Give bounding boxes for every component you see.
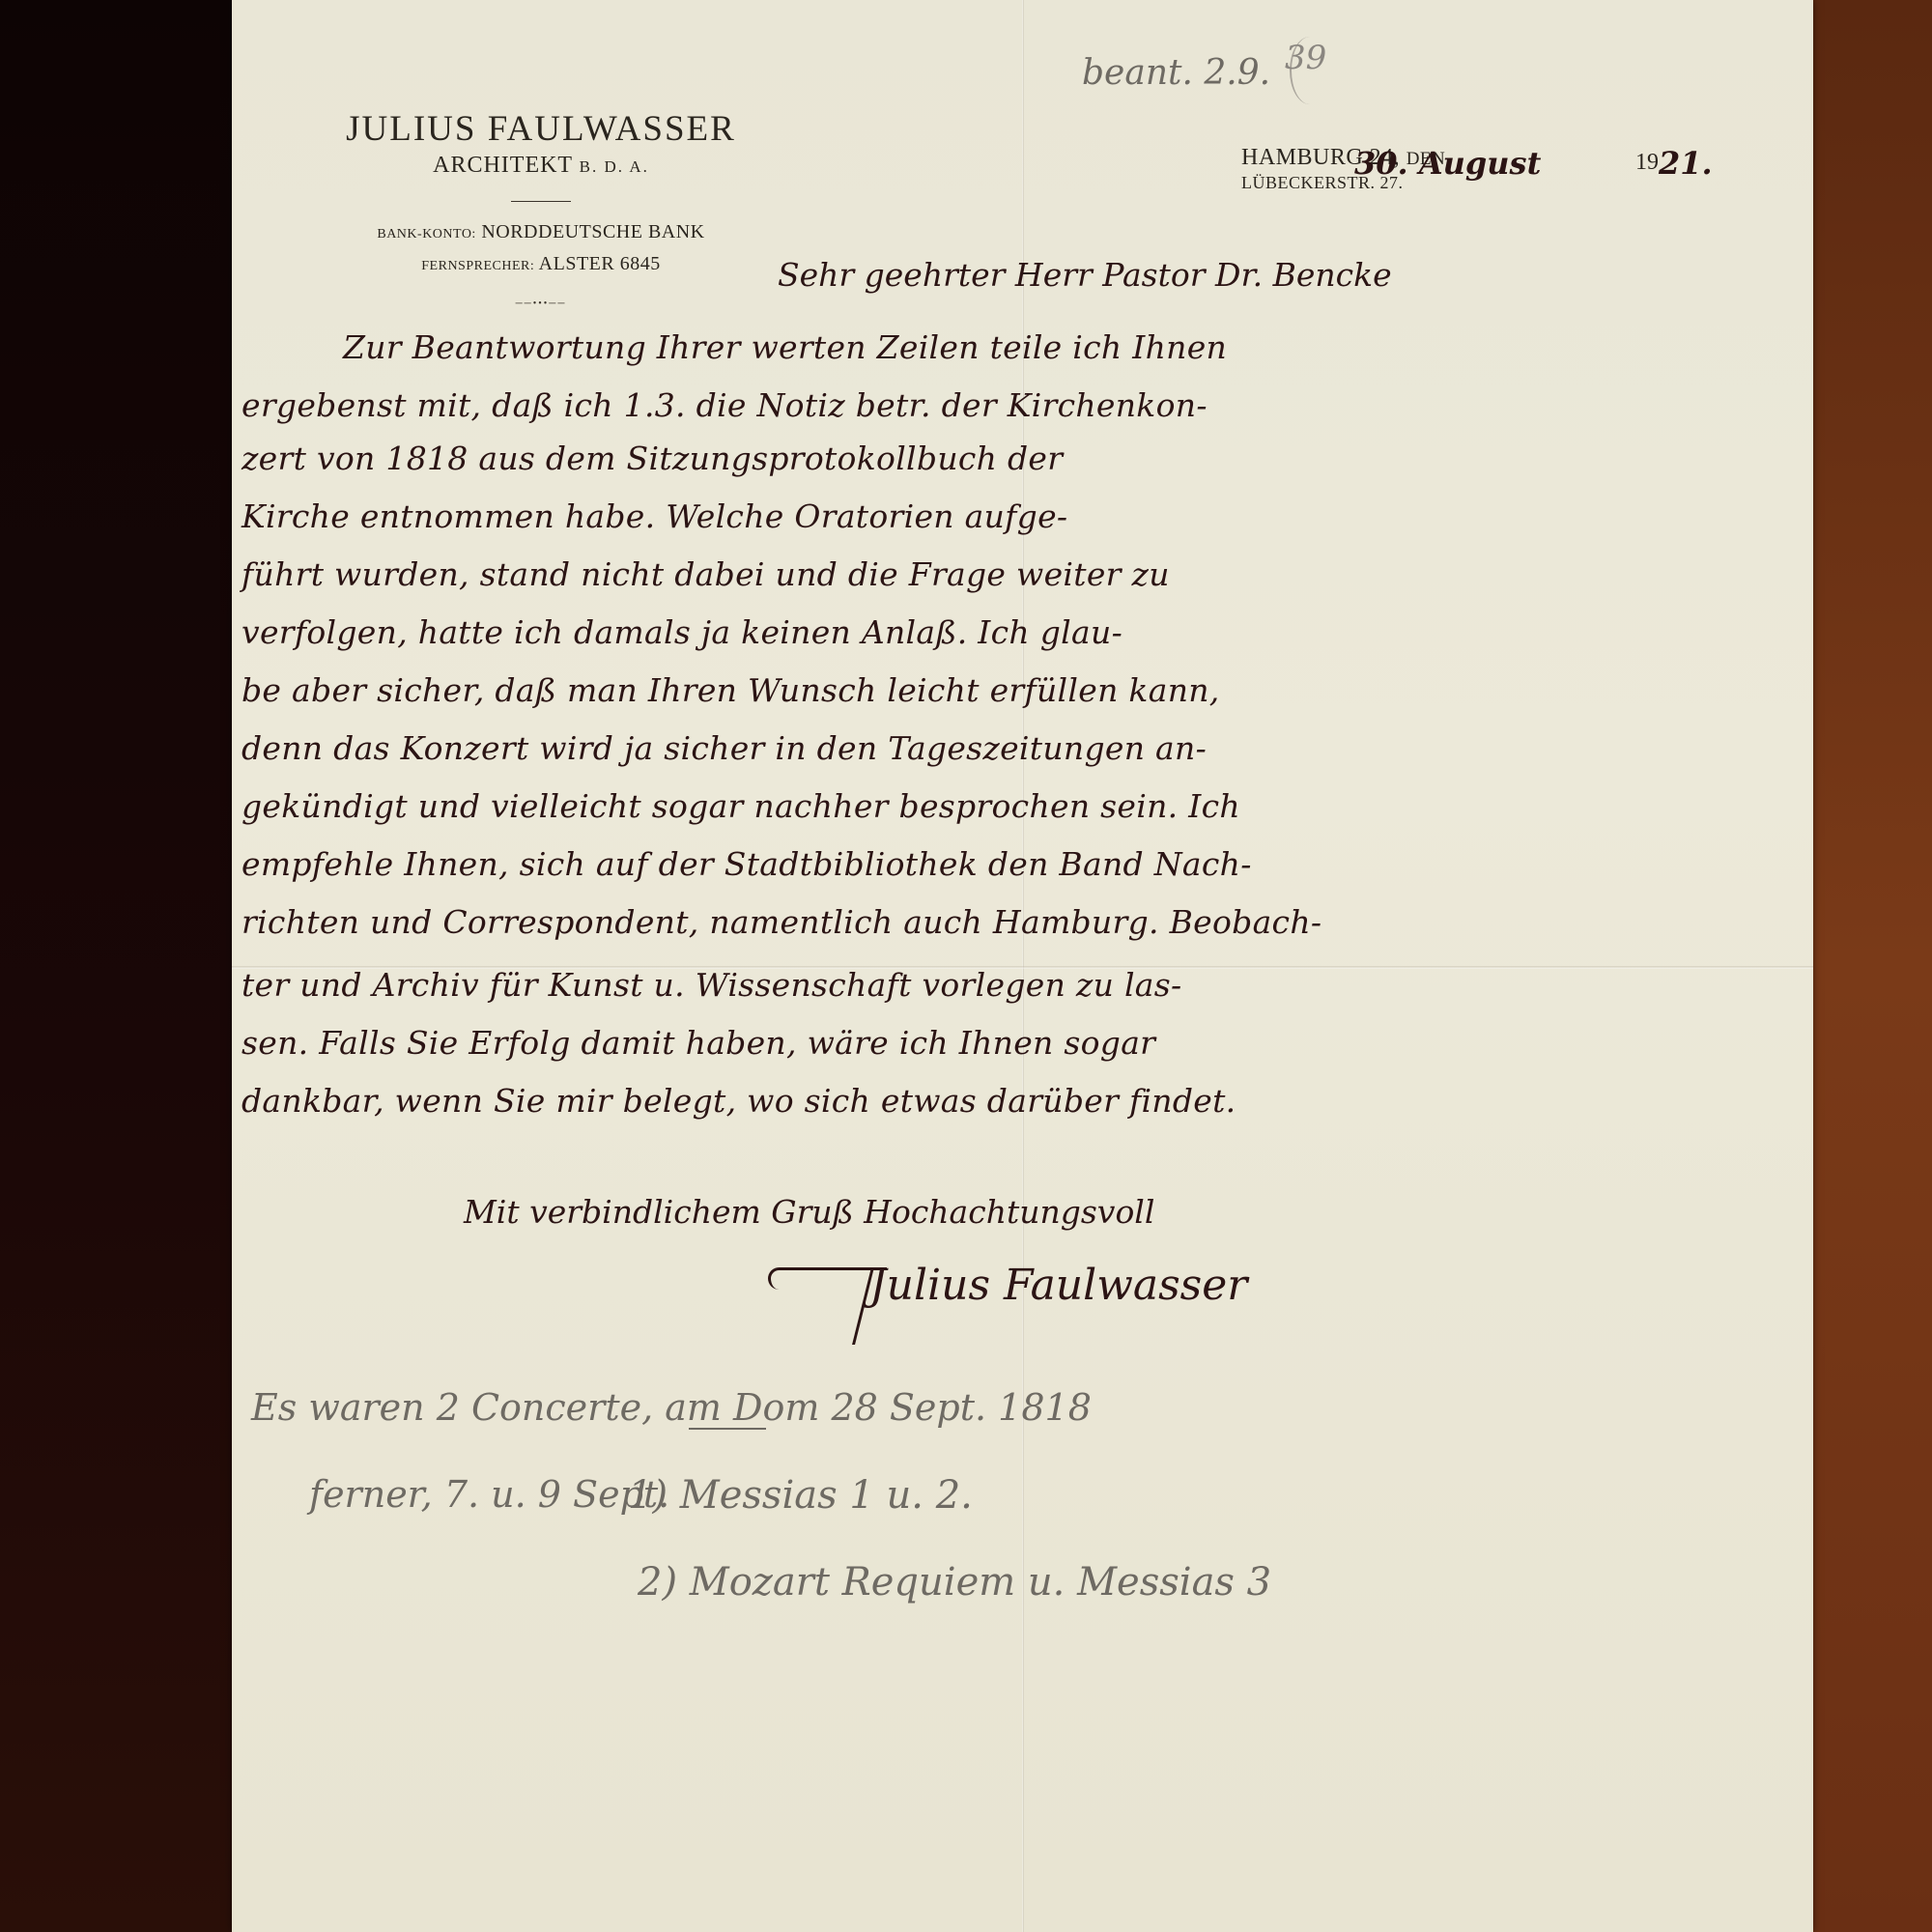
body-line: zert von 1818 aus dem Sitzungsprotokollb… xyxy=(241,440,1063,477)
signature: Julius Faulwasser xyxy=(869,1261,1247,1310)
body-line: empfehle Ihnen, sich auf der Stadtbiblio… xyxy=(241,845,1252,883)
salutation: Sehr geehrter Herr Pastor Dr. Bencke xyxy=(778,256,1392,294)
letterhead-divider xyxy=(511,201,571,202)
body-line: verfolgen, hatte ich damals ja keinen An… xyxy=(241,613,1122,651)
pencil-note-dates: ferner, 7. u. 9 Sept. xyxy=(309,1473,669,1516)
bank-value: NORDDEUTSCHE BANK xyxy=(481,221,704,242)
body-line: Kirche entnommen habe. Welche Oratorien … xyxy=(241,497,1067,535)
letterhead-profession: ARCHITEKT xyxy=(433,153,573,178)
printed-year-prefix: 19 xyxy=(1635,150,1659,176)
pencil-note-concerts: Es waren 2 Concerte, am Dom 28 Sept. 181… xyxy=(251,1386,1092,1429)
archive-number: 39 xyxy=(1285,39,1326,77)
closing: Mit verbindlichem Gruß Hochachtungsvoll xyxy=(464,1193,1154,1231)
answered-note: beant. 2.9. xyxy=(1082,53,1270,93)
body-line: Zur Beantwortung Ihrer werten Zeilen tei… xyxy=(343,328,1227,366)
body-line: ergebenst mit, daß ich 1.3. die Notiz be… xyxy=(241,386,1207,424)
table-surface-right xyxy=(1806,0,1932,1932)
body-line: be aber sicher, daß man Ihren Wunsch lei… xyxy=(241,671,1220,709)
letterhead-title: ARCHITEKT B. D. A. xyxy=(290,151,792,182)
body-line: ter und Archiv für Kunst u. Wissenschaft… xyxy=(241,966,1181,1004)
pencil-note-item-2: 2) Mozart Requiem u. Messias 3 xyxy=(638,1560,1271,1605)
body-line: führt wurden, stand nicht dabei und die … xyxy=(241,555,1170,593)
body-line: richten und Correspondent, namentlich au… xyxy=(241,903,1321,941)
handwritten-year: 21. xyxy=(1659,145,1713,182)
handwritten-date: 30. August xyxy=(1354,145,1541,182)
letterhead-name: JULIUS FAULWASSER xyxy=(290,108,792,151)
letterhead-ornament: ──•••── xyxy=(497,298,584,309)
phone-label: FERNSPRECHER: xyxy=(421,259,534,273)
letterhead: JULIUS FAULWASSER ARCHITEKT B. D. A. BAN… xyxy=(290,108,792,309)
letterhead-phone: FERNSPRECHER: ALSTER 6845 xyxy=(290,249,792,281)
letterhead-bda: B. D. A. xyxy=(580,157,649,176)
pencil-underline xyxy=(689,1428,766,1430)
table-surface-left xyxy=(0,0,237,1932)
body-line: sen. Falls Sie Erfolg damit haben, wäre … xyxy=(241,1024,1155,1062)
letterhead-bank: BANK-KONTO: NORDDEUTSCHE BANK xyxy=(290,217,792,249)
body-line: gekündigt und vielleicht sogar nachher b… xyxy=(241,787,1240,825)
bank-label: BANK-KONTO: xyxy=(377,227,475,241)
body-line: dankbar, wenn Sie mir belegt, wo sich et… xyxy=(241,1082,1236,1120)
pencil-note-item-1: 1) Messias 1 u. 2. xyxy=(628,1473,973,1518)
letter-paper: JULIUS FAULWASSER ARCHITEKT B. D. A. BAN… xyxy=(232,0,1813,1932)
phone-value: ALSTER 6845 xyxy=(539,253,661,274)
body-line: denn das Konzert wird ja sicher in den T… xyxy=(241,729,1207,767)
